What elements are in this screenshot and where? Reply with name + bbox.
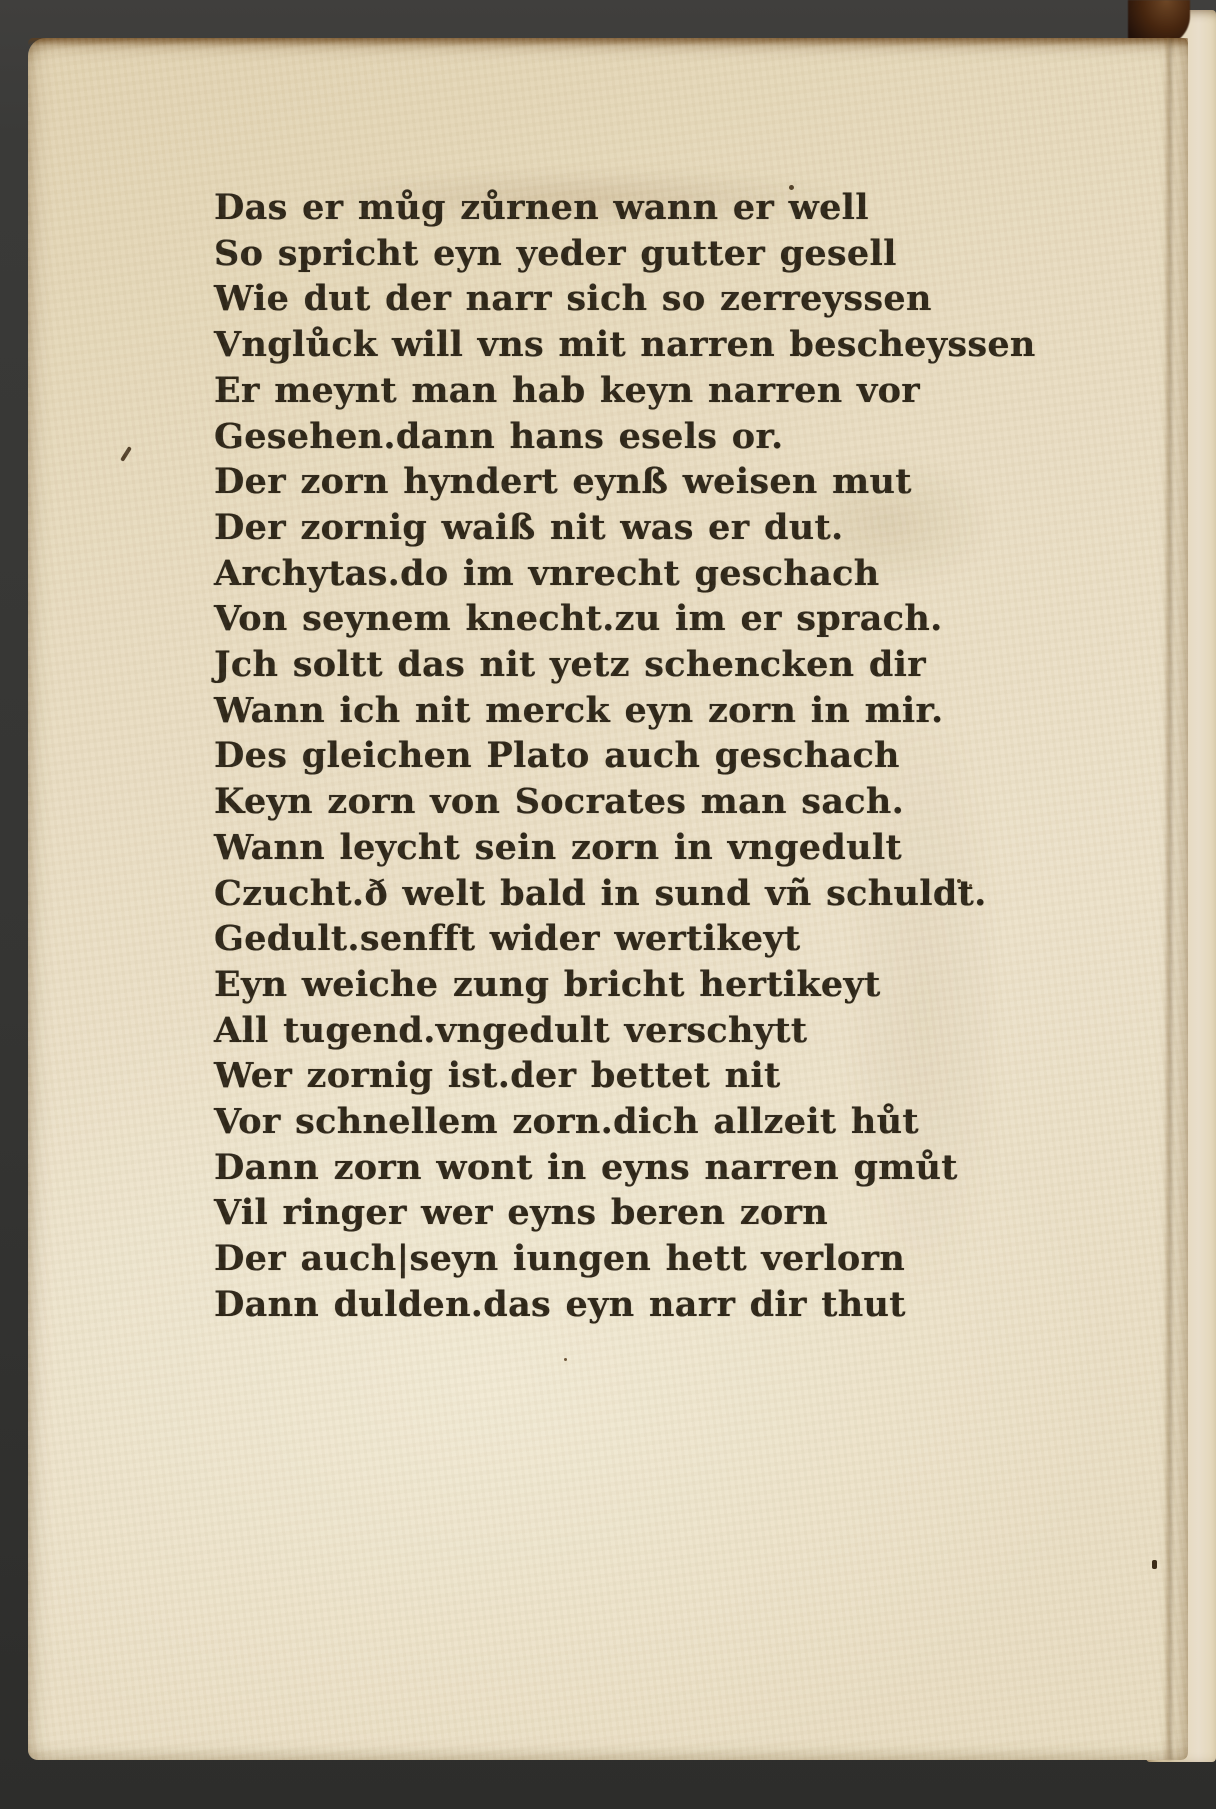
book-page: Das er můg zůrnen wann er well So sprich… [28,38,1188,1760]
scanned-book-photograph: Das er můg zůrnen wann er well So sprich… [0,0,1216,1809]
poem-line: Des gleichen Plato auch geschach [214,733,1064,779]
poem-line: Der zorn hyndert eynß weisen mut [214,459,1064,505]
ink-speck [969,884,972,887]
ink-speck [1152,1560,1157,1569]
poem-line: Vnglůck will vns mit narren bescheyssen [214,322,1064,368]
poem-line: Archytas.do im vnrecht geschach [214,551,1064,597]
poem-line: Das er můg zůrnen wann er well [214,185,1064,231]
poem-line: Gesehen.dann hans esels or. [214,414,1064,460]
poem-line: So spricht eyn yeder gutter gesell [214,231,1064,277]
poem-line: Er meynt man hab keyn narren vor [214,368,1064,414]
fore-edge-crease [1164,38,1174,1760]
poem-line: Dann dulden.das eyn narr dir thut [214,1282,1064,1328]
poem-line: Vil ringer wer eyns beren zorn [214,1190,1064,1236]
poem-line: Wann ich nit merck eyn zorn in mir. [214,688,1064,734]
poem-line: Vor schnellem zorn.dich allzeit hůt [214,1099,1064,1145]
poem-line: Jch soltt das nit yetz schencken dir [214,642,1064,688]
scorched-top-edge [28,38,1188,46]
poem-line: Keyn zorn von Socrates man sach. [214,779,1064,825]
poem-line: Der zornig waiß nit was er dut. [214,505,1064,551]
ink-speck [564,1358,567,1361]
poem-line: Wer zornig ist.der bettet nit [214,1053,1064,1099]
poem-line: Czucht.ð welt bald in sund vñ schuldt. [214,871,1064,917]
poem-line: Gedult.senfft wider wertikeyt [214,916,1064,962]
ink-speck [120,446,132,462]
poem-text-block: Das er můg zůrnen wann er well So sprich… [214,185,1064,1328]
poem-line: Dann zorn wont in eyns narren gmůt [214,1145,1064,1191]
poem-line: Von seynem knecht.zu im er sprach. [214,596,1064,642]
poem-line: Eyn weiche zung bricht hertikeyt [214,962,1064,1008]
poem-line: Wann leycht sein zorn in vngedult [214,825,1064,871]
poem-line: All tugend.vngedult verschytt [214,1008,1064,1054]
ink-speck [957,879,961,883]
ink-speck [789,185,794,190]
poem-line: Wie dut der narr sich so zerreyssen [214,276,1064,322]
poem-line: Der auch|seyn iungen hett verlorn [214,1236,1064,1282]
